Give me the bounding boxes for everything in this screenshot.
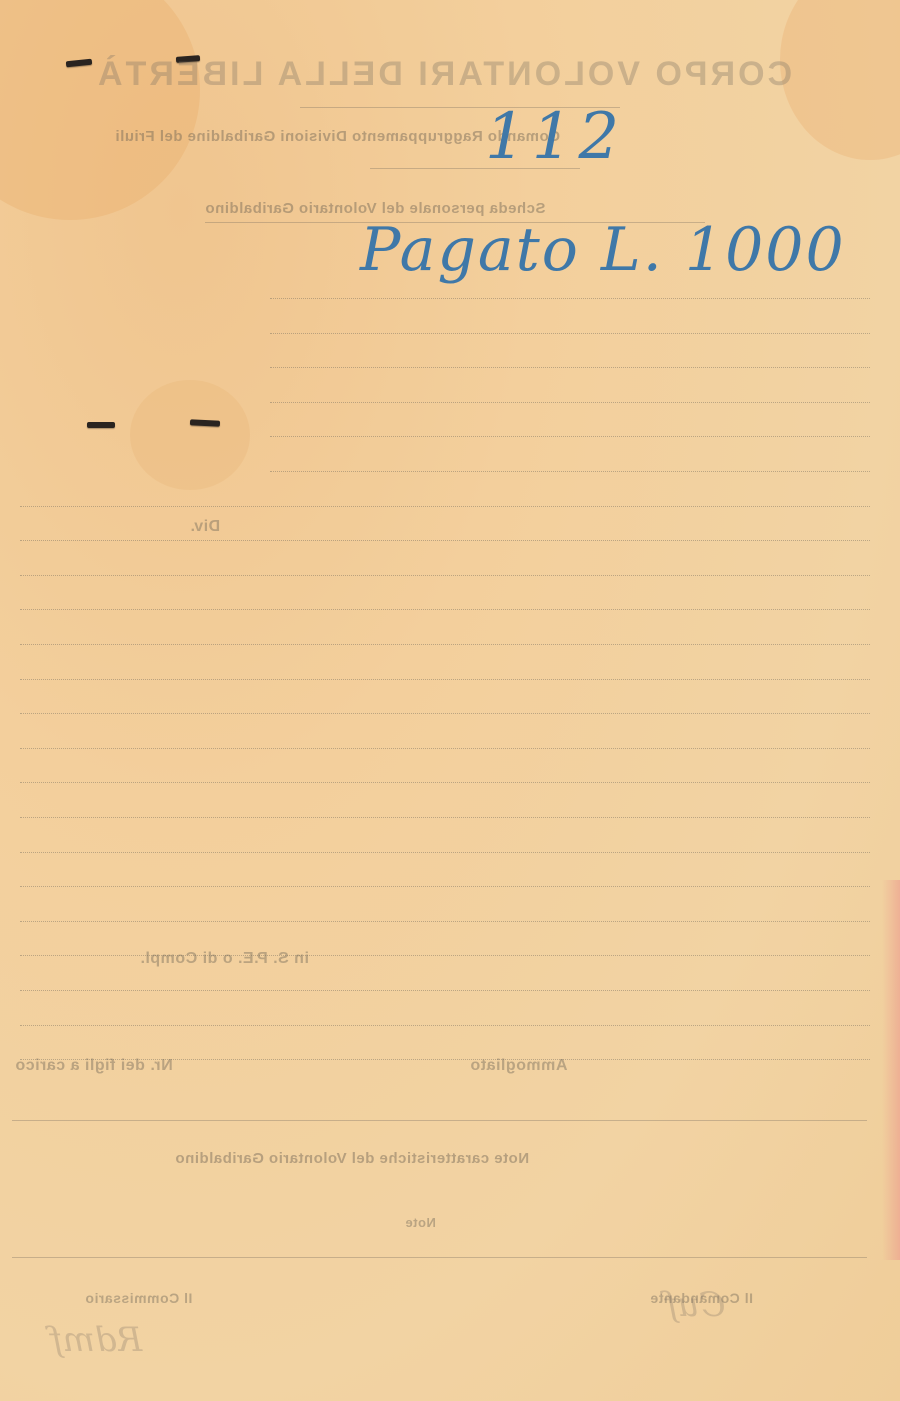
paper-stain — [0, 0, 200, 220]
field-line — [270, 298, 870, 299]
field-line — [20, 575, 870, 576]
field-line — [20, 713, 870, 714]
paper-stain — [780, 0, 900, 160]
divider — [12, 1257, 867, 1258]
field-line — [20, 921, 870, 922]
field-line — [270, 333, 870, 334]
bleed-married-label: Ammogliato — [470, 1057, 567, 1075]
staple-mid-right — [190, 419, 220, 427]
field-line — [270, 402, 870, 403]
field-line — [20, 990, 870, 991]
field-line — [20, 540, 870, 541]
bleed-header-title: CORPO VOLONTARI DELLA LIBERTÀ — [95, 55, 792, 94]
bleed-children-label: Nr. dei figli a carico — [15, 1057, 173, 1075]
bleed-ffaa-label: in S. P.E. o di Compl. — [140, 950, 309, 968]
signature-scribble-right: Cuf — [665, 1285, 726, 1325]
field-line — [270, 436, 870, 437]
field-line — [20, 1025, 870, 1026]
field-line — [20, 506, 870, 507]
divider — [12, 1120, 867, 1121]
bleed-signature-left-label: Il Commissario — [85, 1290, 192, 1306]
bleed-div-label: Div. — [190, 518, 220, 536]
field-line — [20, 886, 870, 887]
field-line — [270, 367, 870, 368]
edge-stain — [882, 880, 900, 1260]
field-line — [20, 852, 870, 853]
bleed-footer-note: Note caratteristiche del Volontario Gari… — [175, 1150, 529, 1167]
field-line — [20, 748, 870, 749]
staple-top-left — [66, 59, 92, 68]
field-line — [20, 679, 870, 680]
field-line — [270, 471, 870, 472]
handwritten-payment: Pagato L. 1000 — [360, 215, 846, 285]
staple-mid-left — [87, 422, 115, 428]
field-line — [20, 644, 870, 645]
field-line — [20, 817, 870, 818]
bleed-footer-small: Note — [405, 1215, 436, 1230]
signature-scribble-left: Rdmf — [50, 1320, 142, 1360]
paper-stain — [130, 380, 250, 490]
field-line — [20, 782, 870, 783]
handwritten-number: 112 — [485, 100, 625, 174]
field-line — [20, 609, 870, 610]
